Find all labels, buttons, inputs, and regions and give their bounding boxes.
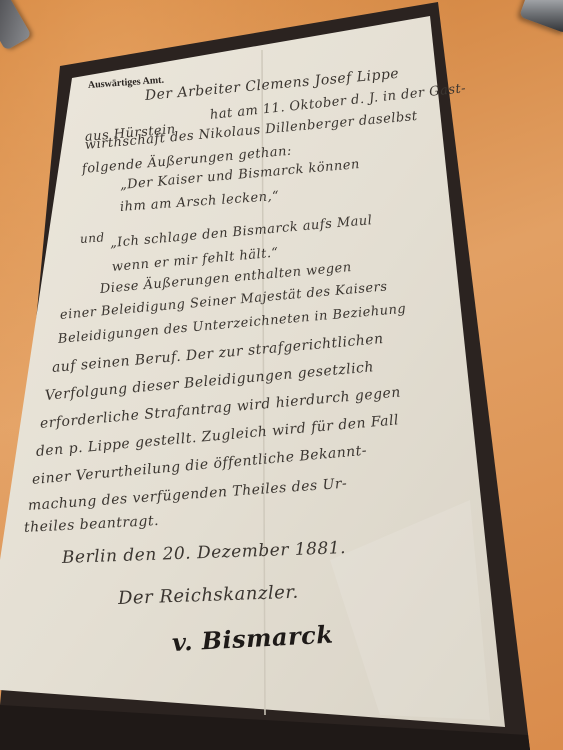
photo-scene: Auswärtiges Amt. Der Arbeiter Clemens Jo… xyxy=(0,0,563,750)
picture-frame xyxy=(0,0,563,750)
